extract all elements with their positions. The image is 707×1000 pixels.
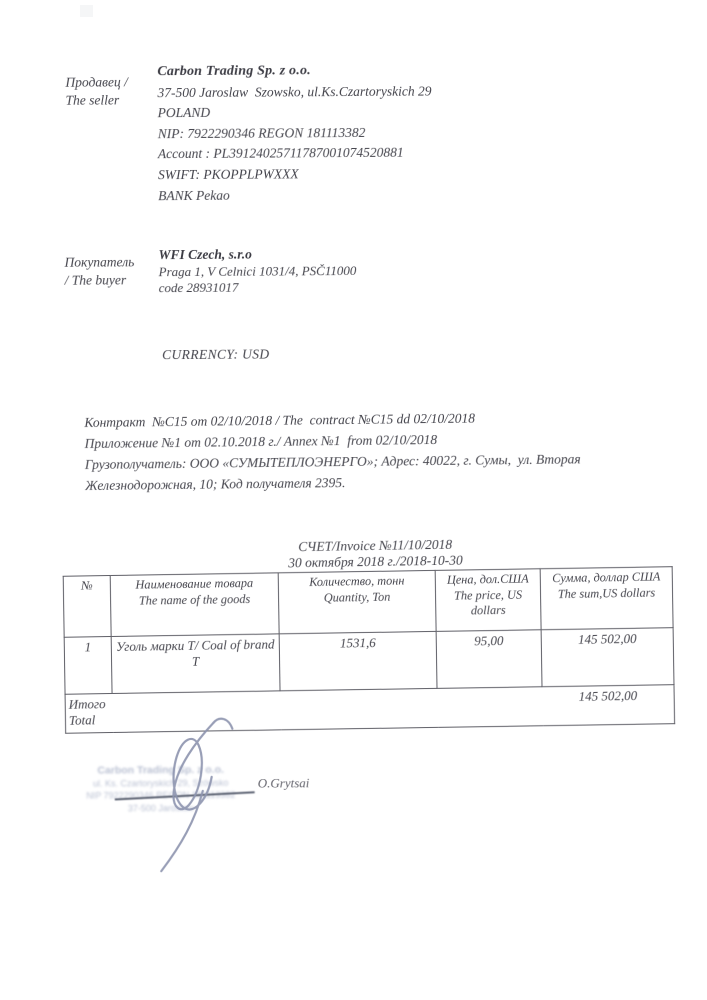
cell-goods: Уголь марки Т/ Coal of brand T — [111, 634, 280, 694]
col-header-price-en: The price, US dollars — [439, 587, 537, 620]
col-header-sum-en: The sum,US dollars — [544, 585, 669, 602]
buyer-code: code 28931017 — [159, 279, 357, 297]
col-header-number: № — [63, 576, 111, 638]
buyer-label-en: / The buyer — [65, 271, 135, 289]
seller-country: POLAND — [158, 102, 432, 124]
seller-label: Продавец / The seller — [65, 73, 128, 109]
invoice-scan-page: Продавец / The seller Carbon Trading Sp.… — [0, 0, 707, 1000]
handwritten-signature — [116, 710, 277, 881]
contract-line-4: Железнодорожная, 10; Код получателя 2395… — [85, 469, 581, 496]
col-header-goods-en: The name of the goods — [114, 591, 275, 609]
seller-swift: SWIFT: PKOPPLPWXXX — [158, 163, 432, 185]
seller-address: 37-500 Jaroslaw Szowsko, ul.Ks.Czartorys… — [157, 81, 431, 103]
seller-account: Account : PL39124025711787001074520881 — [158, 143, 432, 165]
cell-quantity: 1531,6 — [279, 631, 437, 690]
seller-nip-regon: NIP: 7922290346 REGON 181113382 — [158, 122, 432, 144]
buyer-name: WFI Czech, s.r.o — [158, 246, 356, 264]
currency-line: CURRENCY: USD — [162, 347, 270, 364]
col-header-number-ru: № — [67, 578, 107, 594]
cell-number: 1 — [64, 637, 112, 695]
col-header-sum-ru: Сумма, доллар США — [544, 569, 669, 586]
col-header-quantity-en: Quantity, Ton — [282, 588, 432, 606]
seller-block: Carbon Trading Sp. z o.o. 37-500 Jarosla… — [157, 61, 432, 207]
seller-bank: BANK Pekao — [158, 184, 432, 206]
col-header-quantity: Количество, тонн Quantity, Ton — [278, 570, 436, 633]
col-header-goods-ru: Наименование товара — [114, 575, 275, 593]
total-value: 145 502,00 — [542, 685, 675, 726]
col-header-sum: Сумма, доллар США The sum,US dollars — [540, 567, 673, 630]
table-row: 1 Уголь марки Т/ Coal of brand T 1531,6 … — [64, 628, 674, 695]
contract-block: Контракт №С15 от 02/10/2018 / The contra… — [84, 406, 581, 496]
buyer-label-ru: Покупатель — [64, 253, 134, 271]
invoice-table-wrap: № Наименование товара The name of the go… — [63, 572, 674, 734]
seller-label-en: The seller — [66, 91, 128, 109]
cell-sum: 145 502,00 — [541, 628, 674, 687]
seller-name: Carbon Trading Sp. z o.o. — [157, 61, 431, 83]
col-header-price-ru: Цена, дол.США — [439, 571, 537, 588]
cell-price: 95,00 — [436, 630, 542, 689]
buyer-label: Покупатель / The buyer — [64, 253, 134, 289]
col-header-goods: Наименование товара The name of the good… — [110, 573, 279, 637]
col-header-price: Цена, дол.США The price, US dollars — [435, 569, 541, 632]
buyer-block: WFI Czech, s.r.o Praga 1, V Celnici 1031… — [158, 246, 356, 297]
invoice-table: № Наименование товара The name of the go… — [63, 566, 675, 734]
seller-label-ru: Продавец / — [65, 73, 127, 91]
buyer-address: Praga 1, V Celnici 1031/4, PSČ11000 — [159, 263, 357, 281]
table-header-row: № Наименование товара The name of the go… — [63, 567, 673, 638]
